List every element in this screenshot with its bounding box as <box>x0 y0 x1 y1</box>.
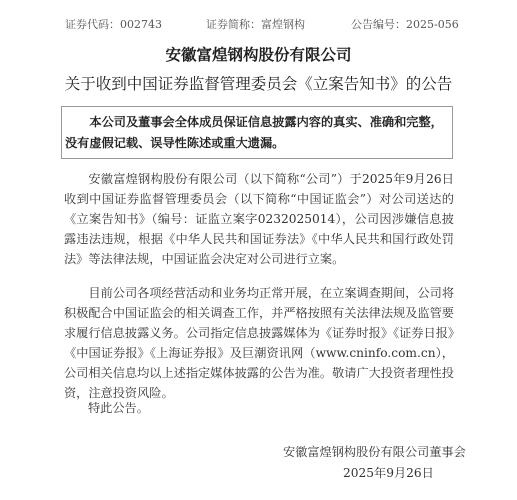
disclaimer-text: 本公司及董事会全体成员保证信息披露内容的真实、准确和完整，没有虚假记载、误导性陈… <box>65 112 449 154</box>
body-paragraph-2: 目前公司各项经营活动和业务均正常开展，在立案调查期间，公司将积极配合中国证监会的… <box>64 283 454 403</box>
closing-statement: 特此公告。 <box>88 398 149 418</box>
disclaimer-box: 本公司及董事会全体成员保证信息披露内容的真实、准确和完整，没有虚假记载、误导性陈… <box>61 106 453 159</box>
body-paragraph-1: 安徽富煌钢构股份有限公司（以下简称“公司”）于2025年9月26日收到中国证券监… <box>64 169 454 269</box>
signature-company: 安徽富煌钢构股份有限公司董事会 <box>283 443 466 461</box>
security-name: 证券简称：富煌钢构 <box>206 17 305 33</box>
announcement-number: 公告编号：2025-056 <box>351 17 459 33</box>
signature-date: 2025年9月26日 <box>343 464 434 482</box>
company-title: 安徽富煌钢构股份有限公司 <box>0 45 517 65</box>
announcement-subject: 关于收到中国证券监督管理委员会《立案告知书》的公告 <box>0 74 517 94</box>
security-code: 证券代码：002743 <box>65 17 162 33</box>
